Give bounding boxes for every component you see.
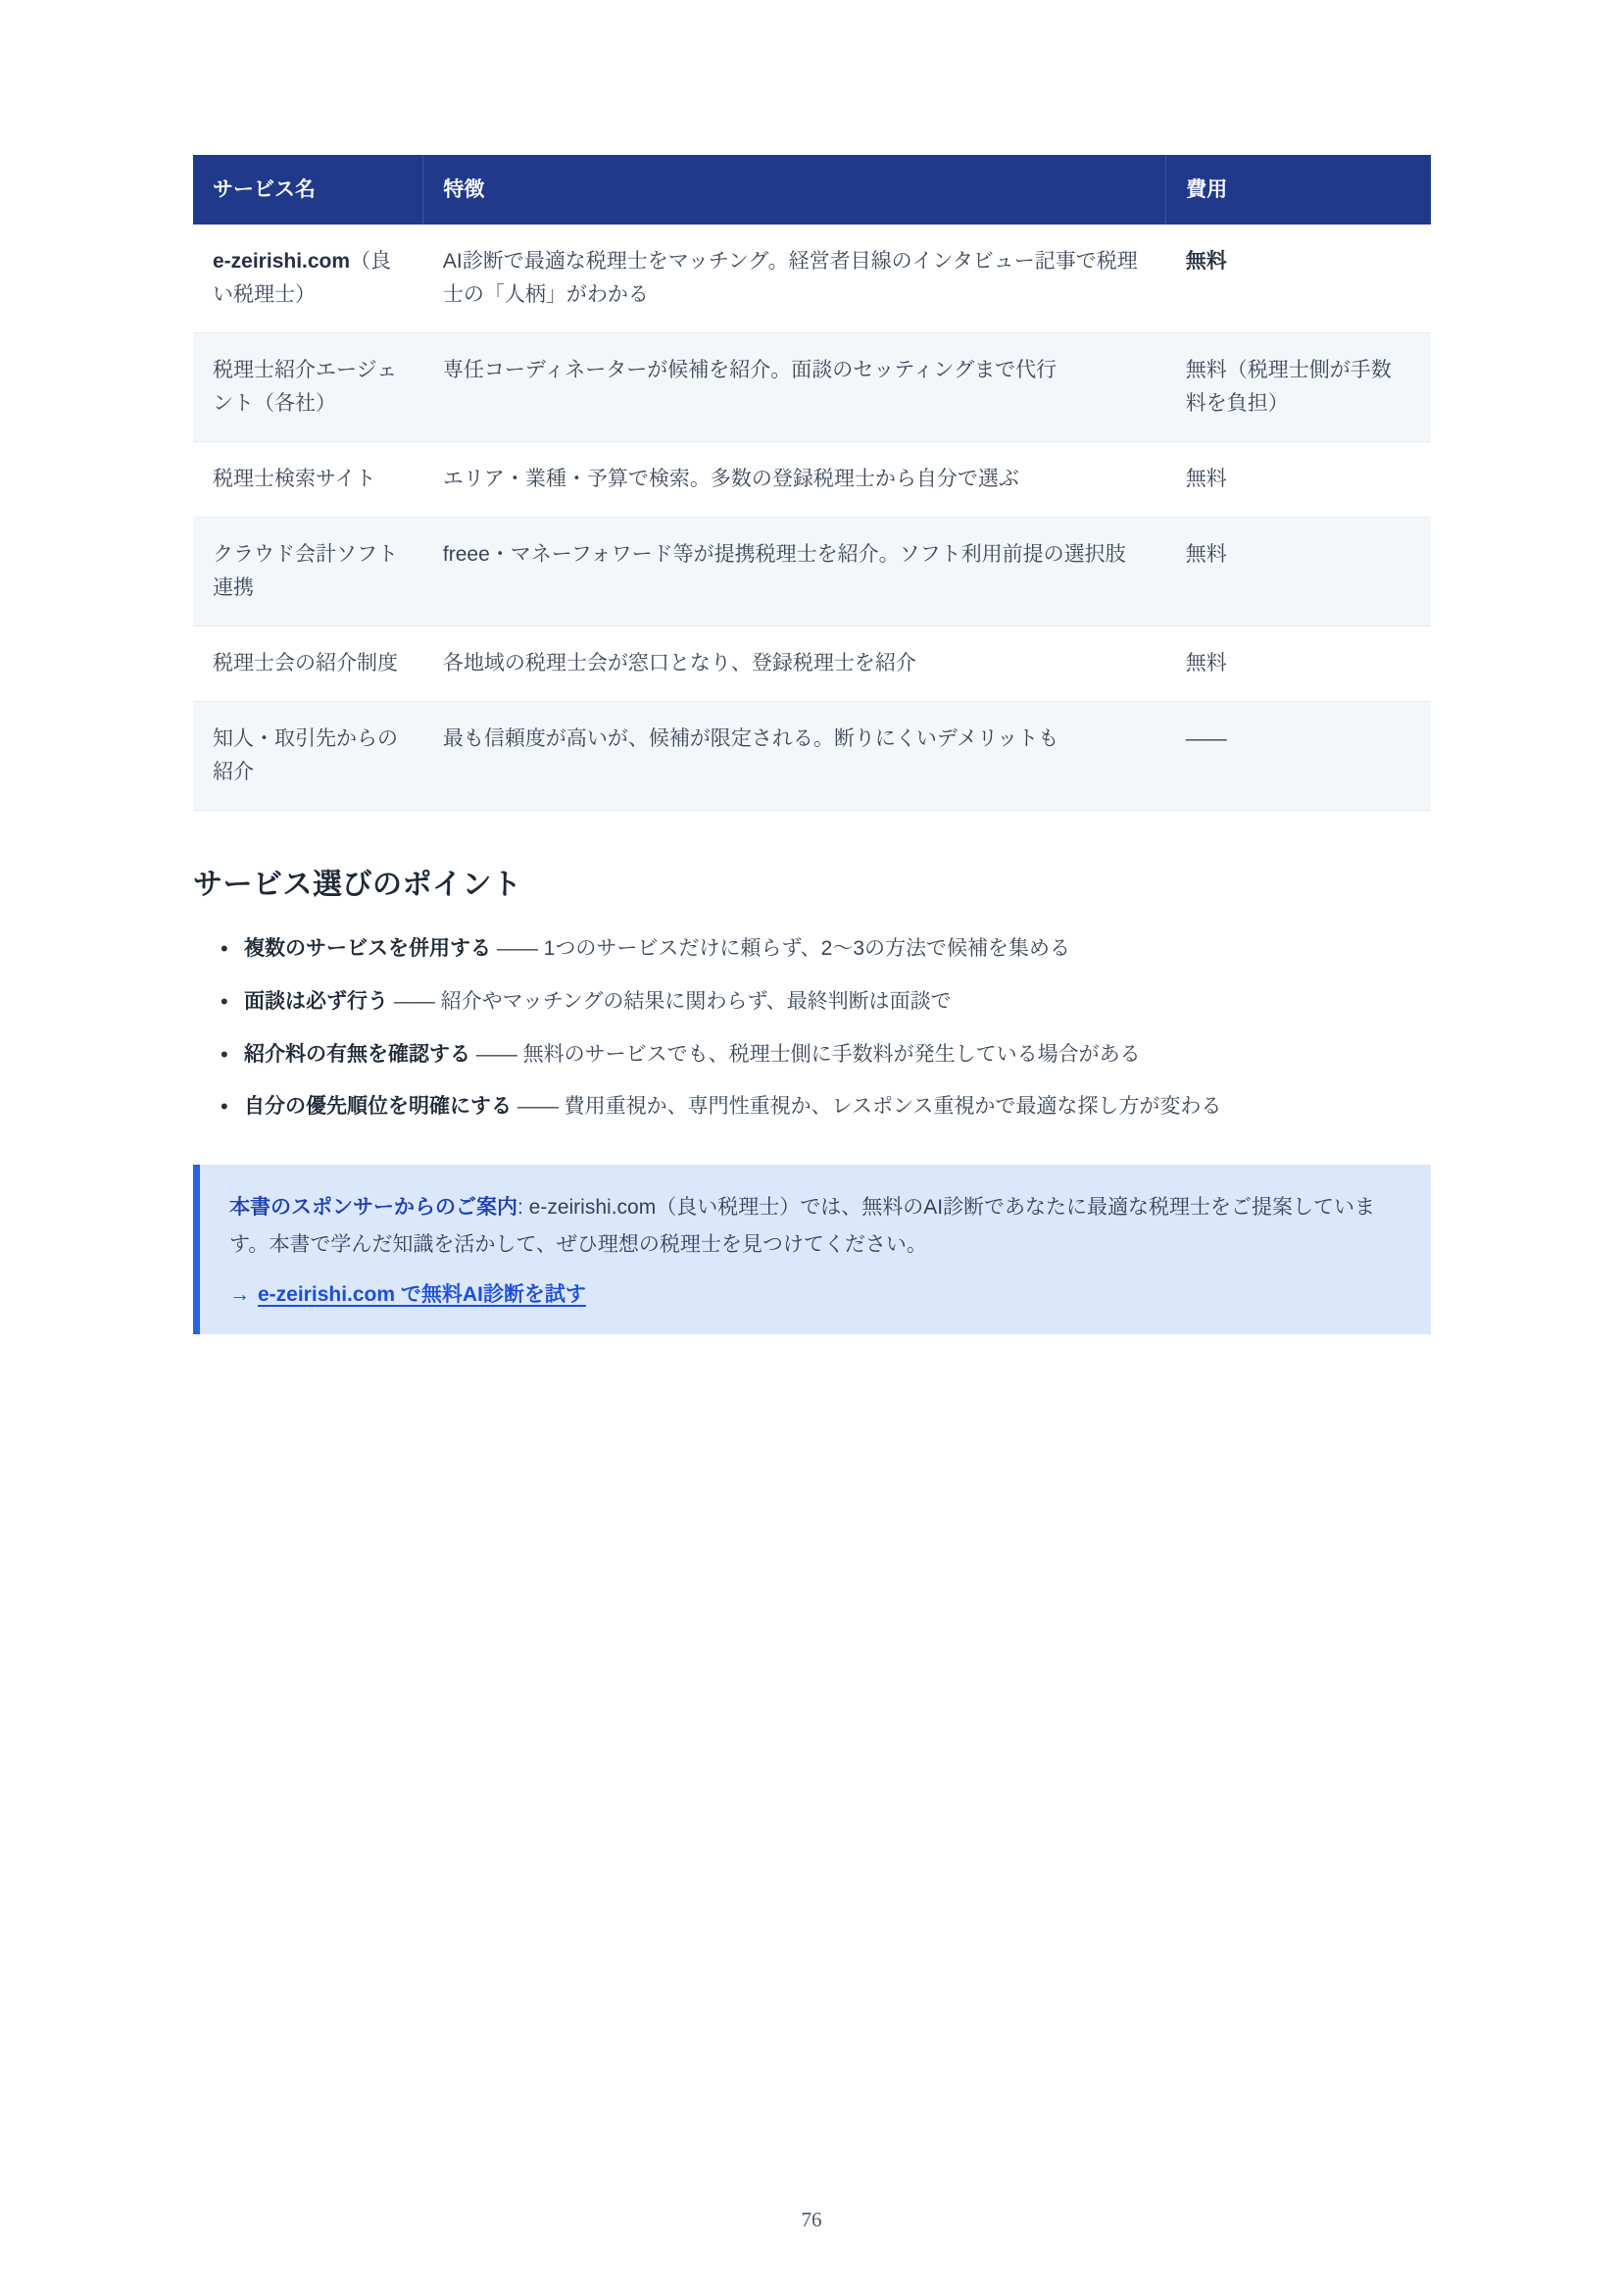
feature-cell: エリア・業種・予算で検索。多数の登録税理士から自分で選ぶ [423,442,1166,518]
arrow-right-icon: → [229,1283,250,1306]
list-item: •紹介料の有無を確認する —— 無料のサービスでも、税理士側に手数料が発生してい… [193,1038,1431,1072]
sponsor-callout-lead: 本書のスポンサーからのご案内 [229,1196,517,1219]
feature-cell: AI診断で最適な税理士をマッチング。経営者目線のインタビュー記事で税理士の「人柄… [423,225,1166,333]
list-item: •複数のサービスを併用する —— 1つのサービスだけに頼らず、2〜3の方法で候補… [193,932,1431,966]
point-text: —— 費用重視か、専門性重視か、レスポンス重視かで最適な探し方が変わる [512,1095,1221,1118]
bullet-icon: • [221,1037,228,1072]
point-text: —— 1つのサービスだけに頼らず、2〜3の方法で候補を集める [491,937,1070,960]
bullet-icon: • [221,1089,228,1123]
table-row: クラウド会計ソフト連携 freee・マネーフォワード等が提携税理士を紹介。ソフト… [193,518,1431,626]
cost-cell: 無料（税理士側が手数料を負担） [1166,333,1431,442]
point-text: —— 紹介やマッチングの結果に関わらず、最終判断は面談で [388,990,952,1013]
table-header-row: サービス名 特徴 費用 [193,155,1431,225]
point-lead: 複数のサービスを併用する [244,937,491,960]
service-cell: クラウド会計ソフト連携 [193,518,423,626]
point-text: —— 無料のサービスでも、税理士側に手数料が発生している場合がある [470,1043,1141,1066]
section-title: サービス選びのポイント [193,860,1431,903]
table-row: 税理士検索サイト エリア・業種・予算で検索。多数の登録税理士から自分で選ぶ 無料 [193,442,1431,518]
list-item: •面談は必ず行う —— 紹介やマッチングの結果に関わらず、最終判断は面談で [193,985,1431,1019]
bullet-icon: • [221,984,228,1019]
service-cell: 税理士紹介エージェント（各社） [193,333,423,442]
feature-cell: 最も信頼度が高いが、候補が限定される。断りにくいデメリットも [423,702,1166,811]
page-content: サービス名 特徴 費用 e-zeirishi.com（良い税理士） AI診断で最… [193,155,1431,1334]
table-row: 税理士紹介エージェント（各社） 専任コーディネーターが候補を紹介。面談のセッティ… [193,333,1431,442]
document-page: サービス名 特徴 費用 e-zeirishi.com（良い税理士） AI診断で最… [0,0,1623,2296]
feature-cell: 各地域の税理士会が窓口となり、登録税理士を紹介 [423,626,1166,702]
sponsor-callout: 本書のスポンサーからのご案内: e-zeirishi.com（良い税理士）では、… [193,1165,1431,1334]
table-row: 知人・取引先からの紹介 最も信頼度が高いが、候補が限定される。断りにくいデメリッ… [193,702,1431,811]
bullet-icon: • [221,931,228,966]
sponsor-link[interactable]: e-zeirishi.com で無料AI診断を試す [258,1283,586,1306]
list-item: •自分の優先順位を明確にする —— 費用重視か、専門性重視か、レスポンス重視かで… [193,1090,1431,1123]
point-lead: 面談は必ず行う [244,990,388,1013]
cost-cell: 無料 [1166,442,1431,518]
sponsor-callout-text: 本書のスポンサーからのご案内: e-zeirishi.com（良い税理士）では、… [229,1189,1402,1264]
cost-cell: 無料 [1166,225,1431,333]
points-list: •複数のサービスを併用する —— 1つのサービスだけに頼らず、2〜3の方法で候補… [193,932,1431,1123]
feature-cell: freee・マネーフォワード等が提携税理士を紹介。ソフト利用前提の選択肢 [423,518,1166,626]
table-row: e-zeirishi.com（良い税理士） AI診断で最適な税理士をマッチング。… [193,225,1431,333]
point-lead: 自分の優先順位を明確にする [244,1095,512,1118]
service-name-bold: e-zeirishi.com [213,250,350,273]
page-number: 76 [0,2208,1623,2232]
service-cell: 知人・取引先からの紹介 [193,702,423,811]
service-cell: 税理士検索サイト [193,442,423,518]
cost-cell: 無料 [1166,518,1431,626]
col-header-cost: 費用 [1166,155,1431,225]
col-header-feature: 特徴 [423,155,1166,225]
cost-cell: 無料 [1166,626,1431,702]
cost-cell: —— [1166,702,1431,811]
feature-cell: 専任コーディネーターが候補を紹介。面談のセッティングまで代行 [423,333,1166,442]
sponsor-link-line: →e-zeirishi.com で無料AI診断を試す [229,1278,1402,1308]
point-lead: 紹介料の有無を確認する [244,1043,470,1066]
service-cell: e-zeirishi.com（良い税理士） [193,225,423,333]
service-cell: 税理士会の紹介制度 [193,626,423,702]
table-row: 税理士会の紹介制度 各地域の税理士会が窓口となり、登録税理士を紹介 無料 [193,626,1431,702]
col-header-service-name: サービス名 [193,155,423,225]
cost-value: 無料 [1186,250,1227,273]
services-comparison-table: サービス名 特徴 費用 e-zeirishi.com（良い税理士） AI診断で最… [193,155,1431,811]
